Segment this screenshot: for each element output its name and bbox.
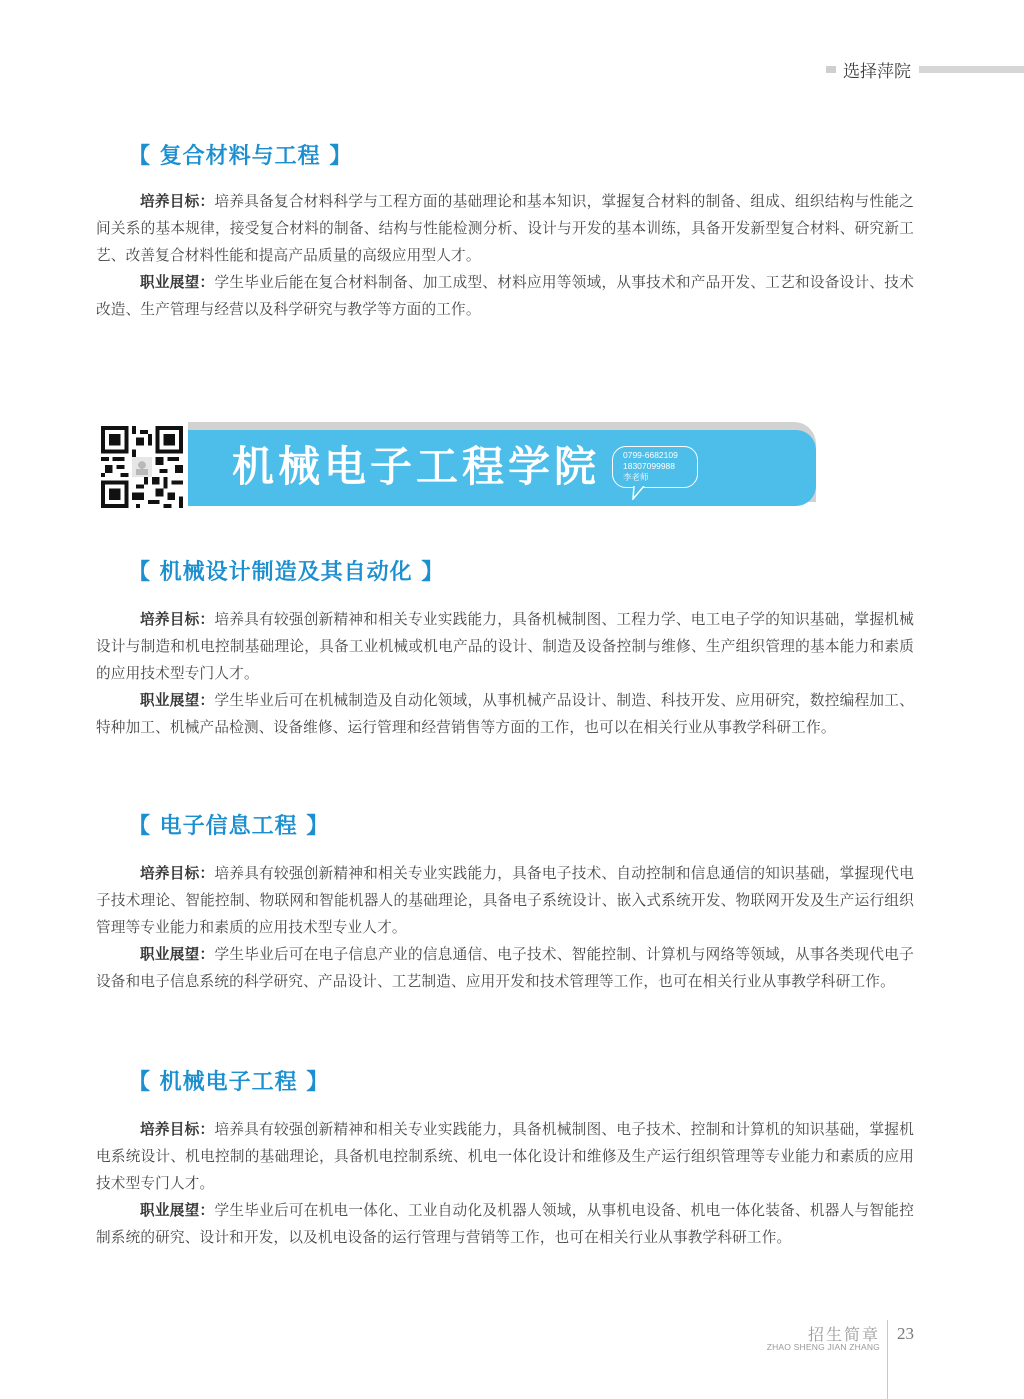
- career-outlook-paragraph: 职业展望：学生毕业后能在复合材料制备、加工成型、材料应用等领域，从事技术和产品开…: [96, 269, 914, 323]
- page-header: 选择萍院: [826, 56, 1024, 82]
- career-outlook-text: 学生毕业后可在机电一体化、工业自动化及机器人领域，从事机电设备、机电一体化装备、…: [96, 1202, 914, 1246]
- college-name: 机械电子工程学院: [232, 442, 600, 492]
- career-outlook-paragraph: 职业展望：学生毕业后可在机电一体化、工业自动化及机器人领域，从事机电设备、机电一…: [96, 1197, 914, 1251]
- training-goal-label: 培养目标：: [140, 865, 214, 882]
- major-section-composite-materials: 【 复合材料与工程 】 培养目标：培养具备复合材料科学与工程方面的基础理论和基本…: [96, 142, 914, 323]
- contact-phone: 0799-6682109: [623, 450, 697, 461]
- section-title: 【 机械电子工程 】: [128, 1068, 914, 1098]
- training-goal-paragraph: 培养目标：培养具有较强创新精神和相关专业实践能力，具备机械制图、电子技术、控制和…: [96, 1116, 914, 1197]
- career-outlook-text: 学生毕业后可在机械制造及自动化领域，从事机械产品设计、制造、科技开发、应用研究，…: [96, 692, 914, 736]
- career-outlook-text: 学生毕业后可在电子信息产业的信息通信、电子技术、智能控制、计算机与网络等领域，从…: [96, 946, 914, 990]
- header-bar-decoration: [919, 66, 1024, 73]
- career-outlook-label: 职业展望：: [140, 692, 214, 709]
- career-outlook-text: 学生毕业后能在复合材料制备、加工成型、材料应用等领域，从事技术和产品开发、工艺和…: [96, 274, 914, 318]
- training-goal-paragraph: 培养目标：培养具备复合材料科学与工程方面的基础理论和基本知识，掌握复合材料的制备…: [96, 188, 914, 269]
- qr-code-icon[interactable]: [100, 426, 184, 508]
- footer-title-en: ZHAO SHENG JIAN ZHANG: [767, 1342, 880, 1352]
- contact-speech-bubble: 0799-6682109 18307099988 李老师: [612, 446, 698, 488]
- training-goal-label: 培养目标：: [140, 1121, 214, 1138]
- training-goal-text: 培养具有较强创新精神和相关专业实践能力，具备电子技术、自动控制和信息通信的知识基…: [96, 865, 914, 936]
- speech-bubble-tail-icon: [632, 486, 648, 500]
- major-section-electronic-information: 【 电子信息工程 】 培养目标：培养具有较强创新精神和相关专业实践能力，具备电子…: [96, 812, 914, 995]
- section-title: 【 复合材料与工程 】: [128, 142, 914, 172]
- career-outlook-label: 职业展望：: [140, 946, 214, 963]
- header-title: 选择萍院: [843, 57, 911, 82]
- training-goal-paragraph: 培养目标：培养具有较强创新精神和相关专业实践能力，具备机械制图、工程力学、电工电…: [96, 606, 914, 687]
- header-square-decoration: [826, 66, 836, 73]
- training-goal-label: 培养目标：: [140, 193, 214, 210]
- career-outlook-label: 职业展望：: [140, 274, 214, 291]
- career-outlook-paragraph: 职业展望：学生毕业后可在电子信息产业的信息通信、电子技术、智能控制、计算机与网络…: [96, 941, 914, 995]
- major-section-mechanical-design: 【 机械设计制造及其自动化 】 培养目标：培养具有较强创新精神和相关专业实践能力…: [96, 558, 914, 741]
- section-title: 【 电子信息工程 】: [128, 812, 914, 842]
- major-section-mechatronics: 【 机械电子工程 】 培养目标：培养具有较强创新精神和相关专业实践能力，具备机械…: [96, 1068, 914, 1251]
- career-outlook-paragraph: 职业展望：学生毕业后可在机械制造及自动化领域，从事机械产品设计、制造、科技开发、…: [96, 687, 914, 741]
- training-goal-paragraph: 培养目标：培养具有较强创新精神和相关专业实践能力，具备电子技术、自动控制和信息通…: [96, 860, 914, 941]
- page-number: 23: [897, 1324, 914, 1344]
- training-goal-text: 培养具有较强创新精神和相关专业实践能力，具备机械制图、工程力学、电工电子学的知识…: [96, 611, 914, 682]
- contact-person: 李老师: [623, 472, 697, 483]
- footer-divider: [887, 1320, 888, 1399]
- training-goal-label: 培养目标：: [140, 611, 214, 628]
- career-outlook-label: 职业展望：: [140, 1202, 214, 1219]
- page-footer: 招生简章 ZHAO SHENG JIAN ZHANG 23: [740, 1320, 1024, 1399]
- training-goal-text: 培养具备复合材料科学与工程方面的基础理论和基本知识，掌握复合材料的制备、组成、组…: [96, 193, 914, 264]
- training-goal-text: 培养具有较强创新精神和相关专业实践能力，具备机械制图、电子技术、控制和计算机的知…: [96, 1121, 914, 1192]
- section-title: 【 机械设计制造及其自动化 】: [128, 558, 914, 588]
- contact-mobile: 18307099988: [623, 461, 697, 472]
